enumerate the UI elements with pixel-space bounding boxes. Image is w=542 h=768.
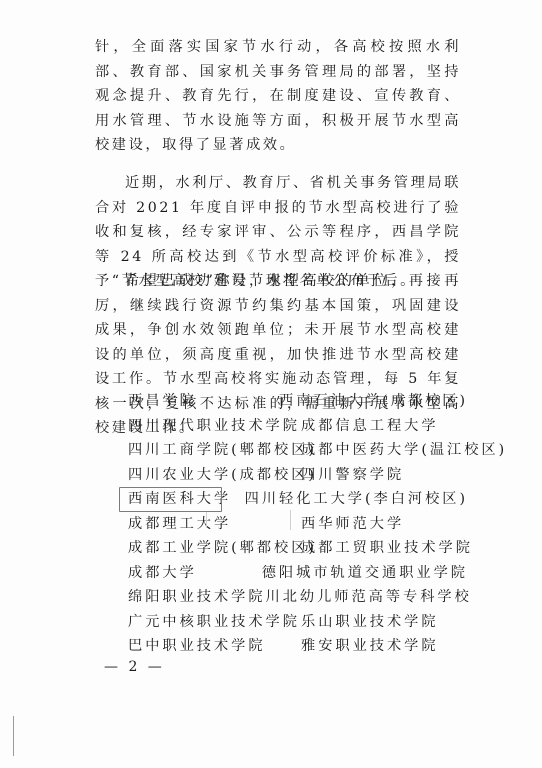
- list-row: 成都理工大学西华师范大学: [128, 512, 468, 537]
- school-name: 四川轻化工大学(李白河校区): [245, 487, 468, 512]
- school-name: 成都信息工程大学: [301, 414, 439, 439]
- school-name: 西华师范大学: [301, 512, 404, 537]
- list-row: 四川农业大学(成都校区)四川警察学院: [128, 463, 468, 488]
- school-name: 四川警察学院: [301, 463, 404, 488]
- list-row: 成都大学德阳城市轨道交通职业学院: [128, 561, 468, 586]
- school-name: 成都理工大学: [128, 512, 301, 537]
- list-row: 成都工业学院(郫都校区)成都工贸职业技术学院: [128, 536, 468, 561]
- school-name: 川北幼儿师范高等专科学校: [266, 585, 472, 610]
- school-name: 四川工商学院(郫都校区): [128, 438, 301, 463]
- school-name: 德阳城市轨道交通职业学院: [262, 561, 468, 586]
- school-name: 成都工贸职业技术学院: [301, 536, 473, 561]
- paragraph-1: 针，全面落实国家节水行动，各高校按照水利部、教育部、国家机关事务管理局的部署，坚…: [95, 35, 461, 158]
- school-name: 西南石油大学(成都校区): [279, 389, 468, 414]
- list-row: 四川工商学院(郫都校区)成都中医药大学(温江校区): [128, 438, 468, 463]
- school-name: 绵阳职业技术学院: [128, 585, 266, 610]
- school-name: 西昌学院: [128, 389, 279, 414]
- school-name: 成都大学: [128, 561, 262, 586]
- school-name: 成都工业学院(郫都校区): [128, 536, 301, 561]
- list-row: 绵阳职业技术学院川北幼儿师范高等专科学校: [128, 585, 468, 610]
- list-row: 广元中核职业技术学院乐山职业技术学院: [128, 610, 468, 635]
- school-list: 西昌学院西南石油大学(成都校区) 四川现代职业技术学院成都信息工程大学 四川工商…: [128, 389, 468, 659]
- school-name: 巴中职业技术学院: [128, 634, 301, 659]
- list-row: 巴中职业技术学院雅安职业技术学院: [128, 634, 468, 659]
- page-number: — 2 —: [104, 659, 165, 675]
- school-name: 广元中核职业技术学院: [128, 610, 301, 635]
- school-name: 成都中医药大学(温江校区): [301, 438, 507, 463]
- list-row: 西昌学院西南石油大学(成都校区): [128, 389, 468, 414]
- school-name: 雅安职业技术学院: [301, 634, 439, 659]
- school-name: 四川现代职业技术学院: [128, 414, 301, 439]
- document-page: 针，全面落实国家节水行动，各高校按照水利部、教育部、国家机关事务管理局的部署，坚…: [0, 0, 542, 768]
- margin-line: [13, 716, 14, 756]
- school-name: 乐山职业技术学院: [301, 610, 439, 635]
- list-row: 四川现代职业技术学院成都信息工程大学: [128, 414, 468, 439]
- highlight-box: [119, 487, 222, 512]
- scan-artifact: [206, 512, 207, 528]
- school-name: 四川农业大学(成都校区): [128, 463, 301, 488]
- scan-artifact: [290, 510, 291, 530]
